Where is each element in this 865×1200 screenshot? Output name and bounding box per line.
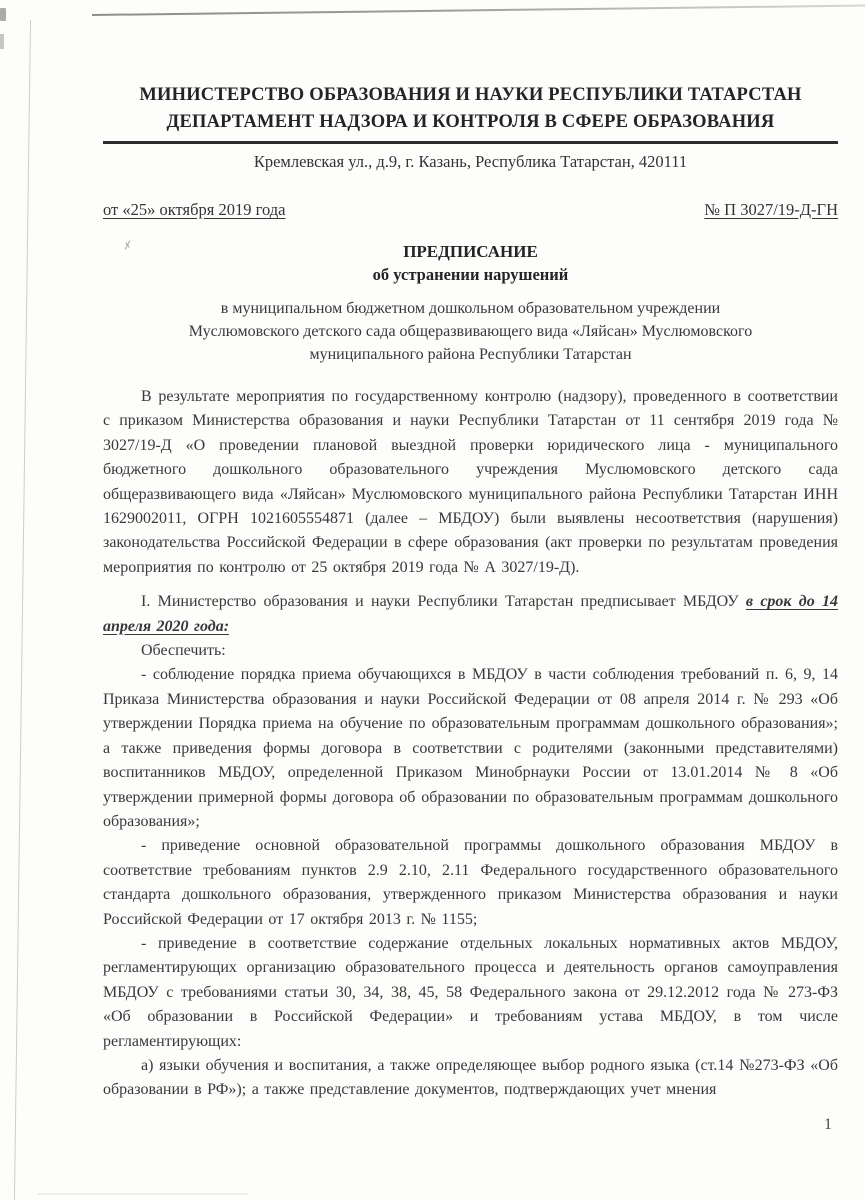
organization-address: Кремлевская ул., д.9, г. Казань, Республ… <box>103 150 838 174</box>
page-number: 1 <box>824 1116 832 1134</box>
ensure-line: Обеспечить: <box>103 639 838 663</box>
page-left-edge-line <box>14 20 31 1200</box>
document-number: № П 3027/19-Д-ГН <box>704 198 838 222</box>
header-divider <box>103 141 838 144</box>
scan-corner-mark <box>0 34 4 49</box>
scan-corner-mark <box>0 8 6 21</box>
subitem-a: а) языки обучения и воспитания, а также … <box>103 1054 838 1103</box>
requirement-item-3: - приведение в соответствие содержание о… <box>103 932 838 1054</box>
addressee-line: в муниципальном бюджетном дошкольном обр… <box>103 297 838 320</box>
document-content: МИНИСТЕРСТВО ОБРАЗОВАНИЯ И НАУКИ РЕСПУБЛ… <box>103 82 838 1103</box>
ministry-name: МИНИСТЕРСТВО ОБРАЗОВАНИЯ И НАУКИ РЕСПУБЛ… <box>103 82 838 109</box>
requirement-item-1: - соблюдение порядка приема обучающихся … <box>103 663 838 834</box>
department-name: ДЕПАРТАМЕНТ НАДЗОРА И КОНТРОЛЯ В СФЕРЕ О… <box>103 109 838 136</box>
document-date: от «25» октября 2019 года <box>103 198 285 222</box>
document-subtitle: об устранении нарушений <box>103 263 838 286</box>
section1-lead: I. Министерство образования и науки Респ… <box>141 593 746 610</box>
page-top-edge-line <box>92 4 865 16</box>
document-title: ПРЕДПИСАНИЕ <box>103 240 838 263</box>
scanned-document-page: МИНИСТЕРСТВО ОБРАЗОВАНИЯ И НАУКИ РЕСПУБЛ… <box>0 0 865 1200</box>
addressee-line: Муслюмовского детского сада общеразвиваю… <box>103 320 838 343</box>
reference-row: от «25» октября 2019 года № П 3027/19-Д-… <box>103 198 838 222</box>
requirement-item-2: - приведение основной образовательной пр… <box>103 834 838 932</box>
intro-paragraph: В результате мероприятия по государствен… <box>103 385 838 580</box>
addressee-line: муниципального района Республики Татарст… <box>103 343 838 366</box>
scan-bottom-shadow <box>38 1193 248 1195</box>
section1-paragraph: I. Министерство образования и науки Респ… <box>103 590 838 639</box>
addressee-block: в муниципальном бюджетном дошкольном обр… <box>103 297 838 366</box>
